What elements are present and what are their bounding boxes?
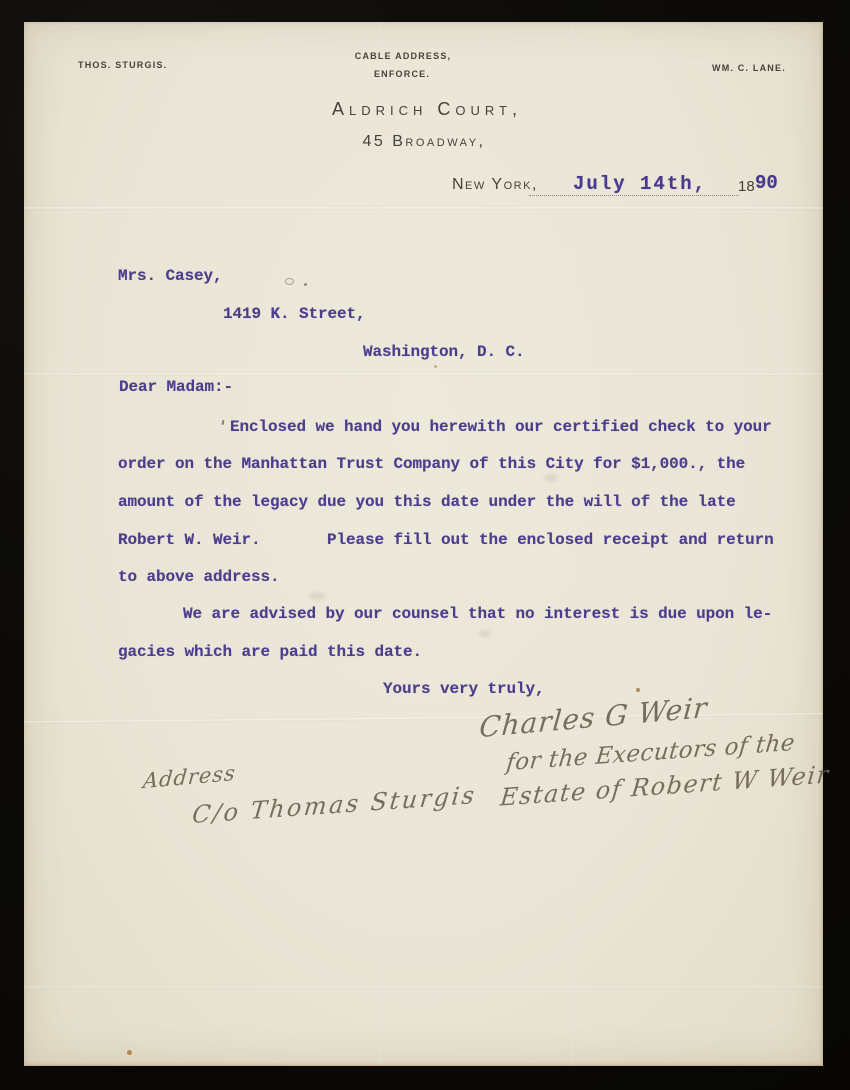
closing-valediction: Yours very truly, — [383, 681, 545, 697]
date-fill-in-rule — [529, 195, 739, 196]
recipient-street: 1419 K. Street, — [223, 306, 366, 322]
foxing-spot — [434, 365, 437, 368]
fold-crease-upper-middle — [24, 372, 822, 376]
body-line: Enclosed we hand you herewith our certif… — [230, 419, 772, 435]
fold-crease-top — [24, 206, 822, 210]
letterhead-partner-left: THOS. STURGIS. — [78, 60, 167, 70]
stray-ink-mark — [222, 420, 225, 425]
printed-year-prefix: 18 — [738, 178, 755, 195]
recipient-name: Mrs. Casey, — [118, 268, 223, 284]
pencil-dot — [304, 283, 307, 286]
letterhead-partner-right: WM. C. LANE. — [712, 63, 786, 73]
bleedthrough-smudge — [309, 592, 325, 600]
letterhead-street-address: 45 Broadway, — [363, 133, 486, 151]
salutation: Dear Madam:- — [119, 379, 233, 395]
foxing-spot — [636, 688, 640, 692]
typed-year-suffix: 90 — [755, 174, 778, 193]
signature-name: Charles G Weir — [478, 691, 709, 744]
typed-date: July 14th, — [573, 175, 707, 194]
foxing-spot — [127, 1050, 132, 1055]
recipient-city: Washington, D. C. — [363, 344, 525, 360]
body-line: amount of the legacy due you this date u… — [118, 494, 736, 510]
letterhead-building-name: Aldrich Court, — [332, 99, 522, 120]
body-line: to above address. — [118, 569, 280, 585]
body-line: gacies which are paid this date. — [118, 644, 422, 660]
body-line: Robert W. Weir. Please fill out the encl… — [118, 532, 774, 548]
body-line: order on the Manhattan Trust Company of … — [118, 456, 745, 472]
letter-document: THOS. STURGIS. CABLE ADDRESS, ENFORCE. W… — [24, 22, 823, 1066]
body-line: We are advised by our counsel that no in… — [183, 606, 772, 622]
fold-crease-bottom — [24, 985, 822, 989]
letterhead-city: New York, — [452, 176, 538, 194]
pencil-mark — [285, 278, 294, 285]
bleedthrough-smudge — [544, 474, 558, 482]
postscript-care-of: C/o Thomas Sturgis — [191, 781, 478, 829]
letterhead-cable-address-label: CABLE ADDRESS, — [355, 51, 451, 61]
letterhead-cable-address-value: ENFORCE. — [374, 69, 430, 79]
bleedthrough-smudge — [479, 630, 491, 637]
postscript-address-label: Address — [142, 761, 237, 793]
